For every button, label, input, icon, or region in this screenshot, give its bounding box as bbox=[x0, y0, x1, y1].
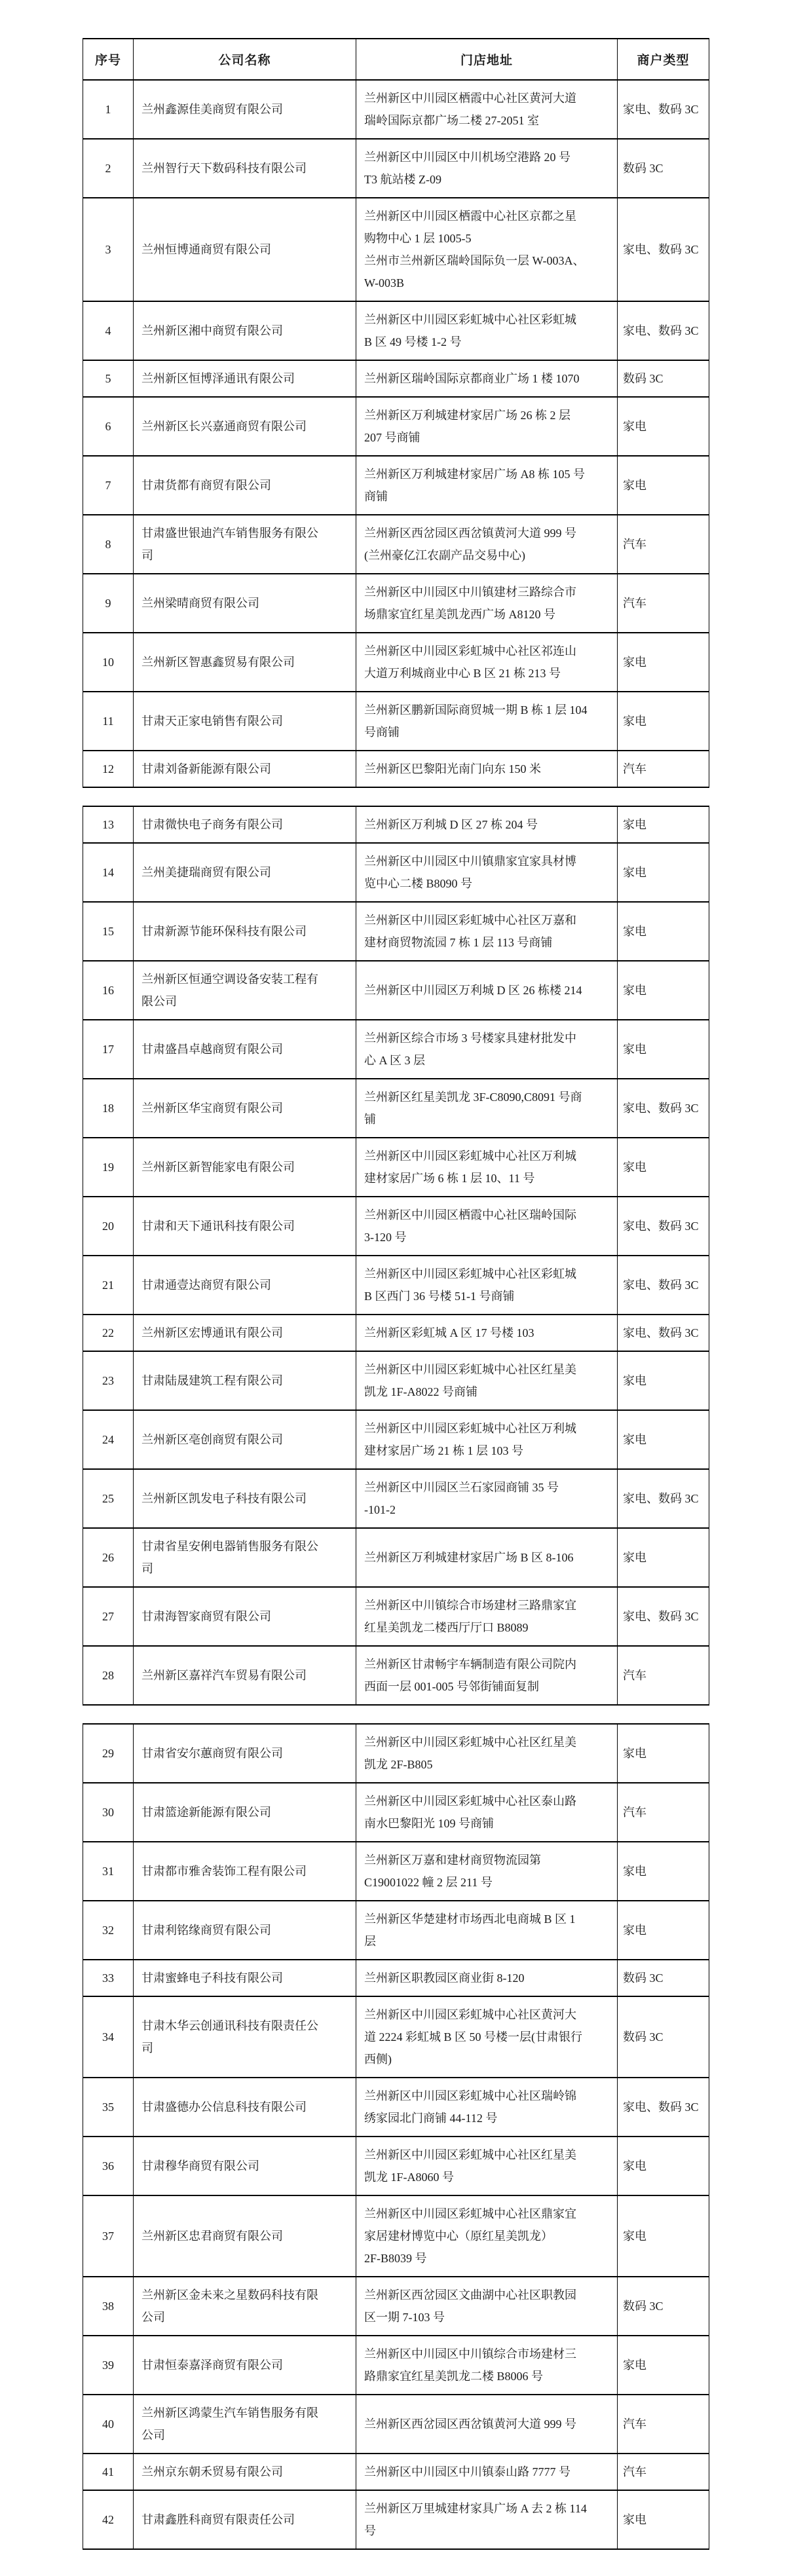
row-number-cell: 40 bbox=[83, 2395, 134, 2454]
company-name-cell: 兰州恒博通商贸有限公司 bbox=[134, 198, 356, 301]
store-address-cell: 兰州新区中川园区栖霞中心社区黄河大道 瑞岭国际京都广场二楼 27-2051 室 bbox=[356, 80, 618, 139]
company-name-cell: 兰州新区亳创商贸有限公司 bbox=[134, 1410, 356, 1469]
company-name-cell: 甘肃省安尔蕙商贸有限公司 bbox=[134, 1724, 356, 1783]
table-row: 37兰州新区忠君商贸有限公司兰州新区中川园区彩虹城中心社区鼎家宜 家居建材博览中… bbox=[83, 2195, 709, 2277]
row-number-cell: 20 bbox=[83, 1197, 134, 1256]
table-body-part-1: 1兰州鑫源佳美商贸有限公司兰州新区中川园区栖霞中心社区黄河大道 瑞岭国际京都广场… bbox=[83, 80, 709, 787]
store-address-cell: 兰州新区万嘉和建材商贸物流园第 C19001022 幢 2 层 211 号 bbox=[356, 1842, 618, 1901]
table-row: 42甘肃鑫胜科商贸有限责任公司兰州新区万里城建材家具广场 A 去 2 栋 114… bbox=[83, 2490, 709, 2549]
store-address-cell: 兰州新区瑞岭国际京都商业广场 1 楼 1070 bbox=[356, 360, 618, 397]
company-name-cell: 兰州新区鸿蒙生汽车销售服务有限 公司 bbox=[134, 2395, 356, 2454]
company-name-cell: 兰州新区智惠鑫贸易有限公司 bbox=[134, 633, 356, 692]
store-address-cell: 兰州新区西岔园区西岔镇黄河大道 999 号 bbox=[356, 2395, 618, 2454]
row-number-cell: 2 bbox=[83, 139, 134, 198]
company-name-cell: 甘肃都市雅舍装饰工程有限公司 bbox=[134, 1842, 356, 1901]
table-row: 35甘肃盛德办公信息科技有限公司兰州新区中川园区彩虹城中心社区瑞岭锦 绣家园北门… bbox=[83, 2078, 709, 2137]
company-name-cell: 兰州新区金未来之星数码科技有限 公司 bbox=[134, 2277, 356, 2336]
store-address-cell: 兰州新区万利城建材家居广场 A8 栋 105 号 商铺 bbox=[356, 456, 618, 515]
row-number-cell: 10 bbox=[83, 633, 134, 692]
table-row: 25兰州新区凯发电子科技有限公司兰州新区中川园区兰石家园商铺 35 号 -101… bbox=[83, 1469, 709, 1528]
row-number-cell: 41 bbox=[83, 2454, 134, 2490]
store-address-cell: 兰州新区万里城建材家具广场 A 去 2 栋 114 号 bbox=[356, 2490, 618, 2549]
row-number-cell: 17 bbox=[83, 1020, 134, 1079]
merchant-type-cell: 家电 bbox=[618, 1724, 709, 1783]
table-row: 24兰州新区亳创商贸有限公司兰州新区中川园区彩虹城中心社区万利城 建材家居广场 … bbox=[83, 1410, 709, 1469]
table-row: 19兰州新区新智能家电有限公司兰州新区中川园区彩虹城中心社区万利城 建材家居广场… bbox=[83, 1138, 709, 1197]
table-row: 28兰州新区嘉祥汽车贸易有限公司兰州新区甘肃畅宇车辆制造有限公司院内 西面一层 … bbox=[83, 1646, 709, 1705]
row-number-cell: 23 bbox=[83, 1351, 134, 1410]
row-number-cell: 30 bbox=[83, 1783, 134, 1842]
store-address-cell: 兰州新区综合市场 3 号楼家具建材批发中 心 A 区 3 层 bbox=[356, 1020, 618, 1079]
company-name-cell: 甘肃微快电子商务有限公司 bbox=[134, 806, 356, 843]
table-row: 13甘肃微快电子商务有限公司兰州新区万利城 D 区 27 栋 204 号家电 bbox=[83, 806, 709, 843]
store-address-cell: 兰州新区中川园区彩虹城中心社区瑞岭锦 绣家园北门商铺 44-112 号 bbox=[356, 2078, 618, 2137]
merchant-type-cell: 家电、数码 3C bbox=[618, 1197, 709, 1256]
table-row: 3兰州恒博通商贸有限公司兰州新区中川园区栖霞中心社区京都之星 购物中心 1 层 … bbox=[83, 198, 709, 301]
merchant-type-cell: 汽车 bbox=[618, 515, 709, 574]
col-header-company-name: 公司名称 bbox=[134, 39, 356, 80]
store-address-cell: 兰州新区中川园区中川镇泰山路 7777 号 bbox=[356, 2454, 618, 2490]
merchant-type-cell: 数码 3C bbox=[618, 1996, 709, 2078]
merchant-type-cell: 家电、数码 3C bbox=[618, 301, 709, 360]
company-name-cell: 甘肃木华云创通讯科技有限责任公 司 bbox=[134, 1996, 356, 2078]
table-row: 33甘肃蜜蜂电子科技有限公司兰州新区职教园区商业街 8-120数码 3C bbox=[83, 1960, 709, 1996]
store-address-cell: 兰州新区中川园区彩虹城中心社区红星美 凯龙 1F-A8060 号 bbox=[356, 2137, 618, 2195]
company-name-cell: 兰州新区湘中商贸有限公司 bbox=[134, 301, 356, 360]
merchant-type-cell: 家电、数码 3C bbox=[618, 1079, 709, 1138]
table-row: 36甘肃穆华商贸有限公司兰州新区中川园区彩虹城中心社区红星美 凯龙 1F-A80… bbox=[83, 2137, 709, 2195]
store-address-cell: 兰州新区巴黎阳光南门向东 150 米 bbox=[356, 751, 618, 787]
table-row: 2兰州智行天下数码科技有限公司兰州新区中川园区中川机场空港路 20 号 T3 航… bbox=[83, 139, 709, 198]
merchant-table-part-3: 29甘肃省安尔蕙商贸有限公司兰州新区中川园区彩虹城中心社区红星美 凯龙 2F-B… bbox=[83, 1723, 709, 2550]
store-address-cell: 兰州新区红星美凯龙 3F-C8090,C8091 号商 铺 bbox=[356, 1079, 618, 1138]
table-row: 4兰州新区湘中商贸有限公司兰州新区中川园区彩虹城中心社区彩虹城 B 区 49 号… bbox=[83, 301, 709, 360]
merchant-type-cell: 家电、数码 3C bbox=[618, 1315, 709, 1351]
store-address-cell: 兰州新区中川园区中川镇建材三路综合市 场鼎家宜红星美凯龙西广场 A8120 号 bbox=[356, 574, 618, 633]
table-row: 22兰州新区宏博通讯有限公司兰州新区彩虹城 A 区 17 号楼 103家电、数码… bbox=[83, 1315, 709, 1351]
store-address-cell: 兰州新区中川园区彩虹城中心社区红星美 凯龙 2F-B805 bbox=[356, 1724, 618, 1783]
merchant-type-cell: 家电 bbox=[618, 2490, 709, 2549]
row-number-cell: 31 bbox=[83, 1842, 134, 1901]
table-row: 30甘肃篮途新能源有限公司兰州新区中川园区彩虹城中心社区泰山路 南水巴黎阳光 1… bbox=[83, 1783, 709, 1842]
merchant-type-cell: 汽车 bbox=[618, 574, 709, 633]
col-header-serial-number: 序号 bbox=[83, 39, 134, 80]
store-address-cell: 兰州新区西岔园区西岔镇黄河大道 999 号 (兰州豪亿江农副产品交易中心) bbox=[356, 515, 618, 574]
table-row: 26甘肃省星安俐电器销售服务有限公 司兰州新区万利城建材家居广场 B 区 8-1… bbox=[83, 1528, 709, 1587]
store-address-cell: 兰州新区中川园区中川镇综合市场建材三 路鼎家宜红星美凯龙二楼 B8006 号 bbox=[356, 2336, 618, 2395]
company-name-cell: 甘肃恒泰嘉泽商贸有限公司 bbox=[134, 2336, 356, 2395]
row-number-cell: 19 bbox=[83, 1138, 134, 1197]
merchant-type-cell: 数码 3C bbox=[618, 139, 709, 198]
store-address-cell: 兰州新区万利城建材家居广场 26 栋 2 层 207 号商铺 bbox=[356, 397, 618, 456]
merchant-type-cell: 汽车 bbox=[618, 751, 709, 787]
merchant-type-cell: 家电 bbox=[618, 806, 709, 843]
company-name-cell: 兰州新区新智能家电有限公司 bbox=[134, 1138, 356, 1197]
table-row: 5兰州新区恒博泽通讯有限公司兰州新区瑞岭国际京都商业广场 1 楼 1070数码 … bbox=[83, 360, 709, 397]
merchant-type-cell: 汽车 bbox=[618, 2395, 709, 2454]
row-number-cell: 8 bbox=[83, 515, 134, 574]
store-address-cell: 兰州新区中川园区彩虹城中心社区万利城 建材家居广场 6 栋 1 层 10、11 … bbox=[356, 1138, 618, 1197]
company-name-cell: 兰州新区嘉祥汽车贸易有限公司 bbox=[134, 1646, 356, 1705]
table-row: 41兰州京东朝禾贸易有限公司兰州新区中川园区中川镇泰山路 7777 号汽车 bbox=[83, 2454, 709, 2490]
company-name-cell: 甘肃盛世银迪汽车销售服务有限公 司 bbox=[134, 515, 356, 574]
table-row: 6兰州新区长兴嘉通商贸有限公司兰州新区万利城建材家居广场 26 栋 2 层 20… bbox=[83, 397, 709, 456]
row-number-cell: 15 bbox=[83, 902, 134, 961]
row-number-cell: 14 bbox=[83, 843, 134, 902]
company-name-cell: 甘肃利铭缘商贸有限公司 bbox=[134, 1901, 356, 1960]
row-number-cell: 5 bbox=[83, 360, 134, 397]
store-address-cell: 兰州新区中川园区彩虹城中心社区祁连山 大道万利城商业中心 B 区 21 栋 21… bbox=[356, 633, 618, 692]
store-address-cell: 兰州新区中川园区兰石家园商铺 35 号 -101-2 bbox=[356, 1469, 618, 1528]
merchant-type-cell: 家电 bbox=[618, 961, 709, 1020]
table-row: 12甘肃刘备新能源有限公司兰州新区巴黎阳光南门向东 150 米汽车 bbox=[83, 751, 709, 787]
row-number-cell: 12 bbox=[83, 751, 134, 787]
merchant-type-cell: 数码 3C bbox=[618, 360, 709, 397]
store-address-cell: 兰州新区中川园区中川机场空港路 20 号 T3 航站楼 Z-09 bbox=[356, 139, 618, 198]
merchant-type-cell: 汽车 bbox=[618, 1646, 709, 1705]
store-address-cell: 兰州新区职教园区商业街 8-120 bbox=[356, 1960, 618, 1996]
company-name-cell: 兰州梁晴商贸有限公司 bbox=[134, 574, 356, 633]
merchant-type-cell: 汽车 bbox=[618, 1783, 709, 1842]
merchant-type-cell: 家电 bbox=[618, 902, 709, 961]
company-name-cell: 甘肃盛德办公信息科技有限公司 bbox=[134, 2078, 356, 2137]
merchant-type-cell: 家电 bbox=[618, 456, 709, 515]
store-address-cell: 兰州新区中川园区彩虹城中心社区彩虹城 B 区西门 36 号楼 51-1 号商铺 bbox=[356, 1256, 618, 1315]
merchant-type-cell: 数码 3C bbox=[618, 2277, 709, 2336]
company-name-cell: 甘肃篮途新能源有限公司 bbox=[134, 1783, 356, 1842]
store-address-cell: 兰州新区中川园区彩虹城中心社区泰山路 南水巴黎阳光 109 号商铺 bbox=[356, 1783, 618, 1842]
company-name-cell: 甘肃盛昌卓越商贸有限公司 bbox=[134, 1020, 356, 1079]
company-name-cell: 甘肃省星安俐电器销售服务有限公 司 bbox=[134, 1528, 356, 1587]
row-number-cell: 34 bbox=[83, 1996, 134, 2078]
company-name-cell: 兰州鑫源佳美商贸有限公司 bbox=[134, 80, 356, 139]
store-address-cell: 兰州新区中川园区中川镇鼎家宜家具材博 览中心二楼 B8090 号 bbox=[356, 843, 618, 902]
row-number-cell: 7 bbox=[83, 456, 134, 515]
table-row: 16兰州新区恒通空调设备安装工程有 限公司兰州新区中川园区万利城 D 区 26 … bbox=[83, 961, 709, 1020]
table-row: 8甘肃盛世银迪汽车销售服务有限公 司兰州新区西岔园区西岔镇黄河大道 999 号 … bbox=[83, 515, 709, 574]
company-name-cell: 兰州新区忠君商贸有限公司 bbox=[134, 2195, 356, 2277]
store-address-cell: 兰州新区华楚建材市场西北电商城 B 区 1 层 bbox=[356, 1901, 618, 1960]
company-name-cell: 兰州京东朝禾贸易有限公司 bbox=[134, 2454, 356, 2490]
company-name-cell: 兰州新区宏博通讯有限公司 bbox=[134, 1315, 356, 1351]
merchant-type-cell: 家电 bbox=[618, 1842, 709, 1901]
row-number-cell: 16 bbox=[83, 961, 134, 1020]
row-number-cell: 25 bbox=[83, 1469, 134, 1528]
row-number-cell: 39 bbox=[83, 2336, 134, 2395]
table-row: 17甘肃盛昌卓越商贸有限公司兰州新区综合市场 3 号楼家具建材批发中 心 A 区… bbox=[83, 1020, 709, 1079]
merchant-table-part-2: 13甘肃微快电子商务有限公司兰州新区万利城 D 区 27 栋 204 号家电14… bbox=[83, 806, 709, 1706]
row-number-cell: 42 bbox=[83, 2490, 134, 2549]
store-address-cell: 兰州新区中川园区彩虹城中心社区红星美 凯龙 1F-A8022 号商铺 bbox=[356, 1351, 618, 1410]
row-number-cell: 4 bbox=[83, 301, 134, 360]
table-row: 38兰州新区金未来之星数码科技有限 公司兰州新区西岔园区文曲湖中心社区职教园 区… bbox=[83, 2277, 709, 2336]
store-address-cell: 兰州新区中川园区彩虹城中心社区彩虹城 B 区 49 号楼 1-2 号 bbox=[356, 301, 618, 360]
row-number-cell: 3 bbox=[83, 198, 134, 301]
merchant-type-cell: 家电 bbox=[618, 633, 709, 692]
store-address-cell: 兰州新区中川园区彩虹城中心社区万嘉和 建材商贸物流园 7 栋 1 层 113 号… bbox=[356, 902, 618, 961]
col-header-merchant-type: 商户类型 bbox=[618, 39, 709, 80]
store-address-cell: 兰州新区甘肃畅宇车辆制造有限公司院内 西面一层 001-005 号邻街铺面复制 bbox=[356, 1646, 618, 1705]
company-name-cell: 甘肃通壹达商贸有限公司 bbox=[134, 1256, 356, 1315]
company-name-cell: 甘肃天正家电销售有限公司 bbox=[134, 692, 356, 751]
table-row: 18兰州新区华宝商贸有限公司兰州新区红星美凯龙 3F-C8090,C8091 号… bbox=[83, 1079, 709, 1138]
table-row: 23甘肃陆晟建筑工程有限公司兰州新区中川园区彩虹城中心社区红星美 凯龙 1F-A… bbox=[83, 1351, 709, 1410]
store-address-cell: 兰州新区中川镇综合市场建材三路鼎家宜 红星美凯龙二楼西厅厅口 B8089 bbox=[356, 1587, 618, 1646]
company-name-cell: 兰州美捷瑞商贸有限公司 bbox=[134, 843, 356, 902]
merchant-type-cell: 家电 bbox=[618, 2137, 709, 2195]
merchant-type-cell: 家电、数码 3C bbox=[618, 1587, 709, 1646]
merchant-type-cell: 家电 bbox=[618, 1138, 709, 1197]
table-header-row: 序号 公司名称 门店地址 商户类型 bbox=[83, 39, 709, 80]
merchant-type-cell: 家电 bbox=[618, 1410, 709, 1469]
merchant-type-cell: 家电 bbox=[618, 1351, 709, 1410]
table-body-part-3: 29甘肃省安尔蕙商贸有限公司兰州新区中川园区彩虹城中心社区红星美 凯龙 2F-B… bbox=[83, 1724, 709, 2549]
row-number-cell: 28 bbox=[83, 1646, 134, 1705]
row-number-cell: 35 bbox=[83, 2078, 134, 2137]
merchant-type-cell: 家电 bbox=[618, 1901, 709, 1960]
company-name-cell: 甘肃海智家商贸有限公司 bbox=[134, 1587, 356, 1646]
row-number-cell: 37 bbox=[83, 2195, 134, 2277]
store-address-cell: 兰州新区中川园区栖霞中心社区京都之星 购物中心 1 层 1005-5 兰州市兰州… bbox=[356, 198, 618, 301]
merchant-type-cell: 汽车 bbox=[618, 2454, 709, 2490]
col-header-store-address: 门店地址 bbox=[356, 39, 618, 80]
row-number-cell: 9 bbox=[83, 574, 134, 633]
row-number-cell: 27 bbox=[83, 1587, 134, 1646]
store-address-cell: 兰州新区西岔园区文曲湖中心社区职教园 区一期 7-103 号 bbox=[356, 2277, 618, 2336]
table-row: 10兰州新区智惠鑫贸易有限公司兰州新区中川园区彩虹城中心社区祁连山 大道万利城商… bbox=[83, 633, 709, 692]
company-name-cell: 兰州新区恒博泽通讯有限公司 bbox=[134, 360, 356, 397]
company-name-cell: 甘肃和天下通讯科技有限公司 bbox=[134, 1197, 356, 1256]
merchant-type-cell: 家电 bbox=[618, 397, 709, 456]
table-row: 32甘肃利铭缘商贸有限公司兰州新区华楚建材市场西北电商城 B 区 1 层家电 bbox=[83, 1901, 709, 1960]
row-number-cell: 38 bbox=[83, 2277, 134, 2336]
store-address-cell: 兰州新区鹏新国际商贸城一期 B 栋 1 层 104 号商铺 bbox=[356, 692, 618, 751]
store-address-cell: 兰州新区中川园区彩虹城中心社区鼎家宜 家居建材博览中心（原红星美凯龙） 2F-B… bbox=[356, 2195, 618, 2277]
table-row: 1兰州鑫源佳美商贸有限公司兰州新区中川园区栖霞中心社区黄河大道 瑞岭国际京都广场… bbox=[83, 80, 709, 139]
store-address-cell: 兰州新区彩虹城 A 区 17 号楼 103 bbox=[356, 1315, 618, 1351]
merchant-type-cell: 家电 bbox=[618, 843, 709, 902]
merchant-type-cell: 家电、数码 3C bbox=[618, 80, 709, 139]
table-row: 29甘肃省安尔蕙商贸有限公司兰州新区中川园区彩虹城中心社区红星美 凯龙 2F-B… bbox=[83, 1724, 709, 1783]
merchant-type-cell: 家电、数码 3C bbox=[618, 1256, 709, 1315]
merchant-type-cell: 家电 bbox=[618, 1020, 709, 1079]
row-number-cell: 1 bbox=[83, 80, 134, 139]
document-page: 序号 公司名称 门店地址 商户类型 1兰州鑫源佳美商贸有限公司兰州新区中川园区栖… bbox=[0, 0, 786, 2576]
merchant-type-cell: 家电 bbox=[618, 1528, 709, 1587]
row-number-cell: 36 bbox=[83, 2137, 134, 2195]
table-row: 40兰州新区鸿蒙生汽车销售服务有限 公司兰州新区西岔园区西岔镇黄河大道 999 … bbox=[83, 2395, 709, 2454]
merchant-type-cell: 家电、数码 3C bbox=[618, 198, 709, 301]
table-row: 34甘肃木华云创通讯科技有限责任公 司兰州新区中川园区彩虹城中心社区黄河大 道 … bbox=[83, 1996, 709, 2078]
merchant-type-cell: 家电、数码 3C bbox=[618, 2078, 709, 2137]
company-name-cell: 兰州新区华宝商贸有限公司 bbox=[134, 1079, 356, 1138]
row-number-cell: 11 bbox=[83, 692, 134, 751]
row-number-cell: 18 bbox=[83, 1079, 134, 1138]
row-number-cell: 32 bbox=[83, 1901, 134, 1960]
table-row: 11甘肃天正家电销售有限公司兰州新区鹏新国际商贸城一期 B 栋 1 层 104 … bbox=[83, 692, 709, 751]
company-name-cell: 甘肃蜜蜂电子科技有限公司 bbox=[134, 1960, 356, 1996]
store-address-cell: 兰州新区中川园区栖霞中心社区瑞岭国际 3-120 号 bbox=[356, 1197, 618, 1256]
merchant-type-cell: 家电 bbox=[618, 2195, 709, 2277]
merchant-table-part-1: 序号 公司名称 门店地址 商户类型 1兰州鑫源佳美商贸有限公司兰州新区中川园区栖… bbox=[83, 38, 709, 788]
table-row: 14兰州美捷瑞商贸有限公司兰州新区中川园区中川镇鼎家宜家具材博 览中心二楼 B8… bbox=[83, 843, 709, 902]
row-number-cell: 13 bbox=[83, 806, 134, 843]
merchant-type-cell: 家电、数码 3C bbox=[618, 1469, 709, 1528]
company-name-cell: 甘肃鑫胜科商贸有限责任公司 bbox=[134, 2490, 356, 2549]
store-address-cell: 兰州新区万利城 D 区 27 栋 204 号 bbox=[356, 806, 618, 843]
company-name-cell: 甘肃货都有商贸有限公司 bbox=[134, 456, 356, 515]
merchant-type-cell: 家电 bbox=[618, 692, 709, 751]
company-name-cell: 兰州新区凯发电子科技有限公司 bbox=[134, 1469, 356, 1528]
company-name-cell: 兰州新区长兴嘉通商贸有限公司 bbox=[134, 397, 356, 456]
table-row: 7甘肃货都有商贸有限公司兰州新区万利城建材家居广场 A8 栋 105 号 商铺家… bbox=[83, 456, 709, 515]
row-number-cell: 22 bbox=[83, 1315, 134, 1351]
company-name-cell: 甘肃陆晟建筑工程有限公司 bbox=[134, 1351, 356, 1410]
table-body-part-2: 13甘肃微快电子商务有限公司兰州新区万利城 D 区 27 栋 204 号家电14… bbox=[83, 806, 709, 1705]
table-row: 39甘肃恒泰嘉泽商贸有限公司兰州新区中川园区中川镇综合市场建材三 路鼎家宜红星美… bbox=[83, 2336, 709, 2395]
store-address-cell: 兰州新区万利城建材家居广场 B 区 8-106 bbox=[356, 1528, 618, 1587]
company-name-cell: 甘肃刘备新能源有限公司 bbox=[134, 751, 356, 787]
table-row: 31甘肃都市雅舍装饰工程有限公司兰州新区万嘉和建材商贸物流园第 C1900102… bbox=[83, 1842, 709, 1901]
row-number-cell: 29 bbox=[83, 1724, 134, 1783]
table-row: 21甘肃通壹达商贸有限公司兰州新区中川园区彩虹城中心社区彩虹城 B 区西门 36… bbox=[83, 1256, 709, 1315]
company-name-cell: 兰州新区恒通空调设备安装工程有 限公司 bbox=[134, 961, 356, 1020]
table-row: 15甘肃新源节能环保科技有限公司兰州新区中川园区彩虹城中心社区万嘉和 建材商贸物… bbox=[83, 902, 709, 961]
merchant-type-cell: 数码 3C bbox=[618, 1960, 709, 1996]
store-address-cell: 兰州新区中川园区彩虹城中心社区万利城 建材家居广场 21 栋 1 层 103 号 bbox=[356, 1410, 618, 1469]
row-number-cell: 6 bbox=[83, 397, 134, 456]
store-address-cell: 兰州新区中川园区万利城 D 区 26 栋楼 214 bbox=[356, 961, 618, 1020]
store-address-cell: 兰州新区中川园区彩虹城中心社区黄河大 道 2224 彩虹城 B 区 50 号楼一… bbox=[356, 1996, 618, 2078]
table-row: 9兰州梁晴商贸有限公司兰州新区中川园区中川镇建材三路综合市 场鼎家宜红星美凯龙西… bbox=[83, 574, 709, 633]
row-number-cell: 21 bbox=[83, 1256, 134, 1315]
merchant-type-cell: 家电 bbox=[618, 2336, 709, 2395]
company-name-cell: 甘肃穆华商贸有限公司 bbox=[134, 2137, 356, 2195]
row-number-cell: 33 bbox=[83, 1960, 134, 1996]
company-name-cell: 兰州智行天下数码科技有限公司 bbox=[134, 139, 356, 198]
row-number-cell: 24 bbox=[83, 1410, 134, 1469]
row-number-cell: 26 bbox=[83, 1528, 134, 1587]
table-row: 27甘肃海智家商贸有限公司兰州新区中川镇综合市场建材三路鼎家宜 红星美凯龙二楼西… bbox=[83, 1587, 709, 1646]
table-header-row: 序号 公司名称 门店地址 商户类型 bbox=[83, 39, 709, 80]
company-name-cell: 甘肃新源节能环保科技有限公司 bbox=[134, 902, 356, 961]
table-row: 20甘肃和天下通讯科技有限公司兰州新区中川园区栖霞中心社区瑞岭国际 3-120 … bbox=[83, 1197, 709, 1256]
